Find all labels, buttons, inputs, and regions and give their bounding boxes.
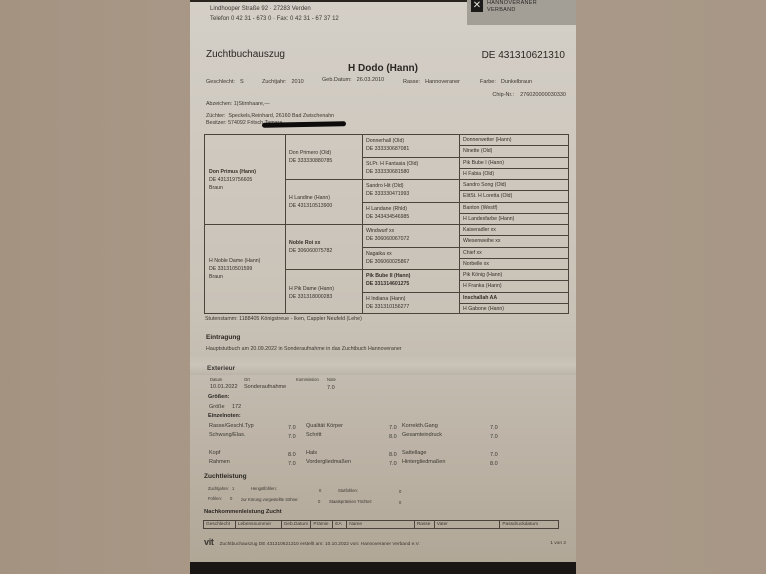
sire-color: Braun [209,185,223,191]
great-grandparent-name: Donnerhall (Old) [366,138,404,144]
gen4-name: Chief xx [463,250,482,256]
note-value: 7.0 [490,425,498,431]
note-value: 8.0 [490,461,498,467]
label: Chip-Nr.: [492,92,514,98]
redaction-bar [262,121,346,127]
gen4-name: Inschallah AA [463,295,497,301]
meta-markings: Abzeichen: 1)Stirnhaare,— [206,101,270,107]
gen4-name: Norbelle xx [463,261,489,267]
gen4-cell: Wiesenweihe xx [459,236,568,247]
stutfohlen-value: 0 [399,489,401,494]
label: Geschlecht: [206,79,235,85]
grandparent-cell: Don Primero (Old)DE 333330880785 [285,135,362,180]
document-title: Zuchtbuchauszug [206,49,285,60]
gen4-cell: Inschallah AA [459,293,568,304]
great-grandparent-id: DE 331310156277 [366,304,409,310]
gen4-cell: H Gabone (Hann) [459,304,568,315]
gen4-name: H Landesfarbe (Hann) [463,216,514,222]
note-value: 7.0 [490,452,498,458]
meta-year: Zuchtjahr:2010 [262,79,304,85]
great-grandparent-id: DE 343434546985 [366,214,409,220]
note-value: 7.0 [490,434,498,440]
meta-color: Farbe:Dunkelbraun [480,79,532,85]
column-header: Geschlecht [204,521,236,528]
note-label: Qualität Körper [306,423,343,429]
pedigree-certificate: Lindhooper Straße 92 · 27283 Verden Tele… [190,0,576,562]
column-header: Passdruckdatum [500,521,558,528]
gen4-name: Wiesenweihe xx [463,238,500,244]
fohlen-value: 0 [230,496,232,501]
note-label: Schwung/Elas. [209,432,245,438]
dam-color: Braun [209,274,223,280]
grandparent-cell: H Landine (Hann)DE 431310513900 [285,180,362,225]
column-header: Name [347,521,415,528]
meta-breeder: Züchter: Speckels,Reinhard, 26160 Bad Zw… [206,113,334,119]
grandparent-id: DE 306060075782 [289,248,332,254]
gen4-cell: Sandro Song (Old) [459,180,568,191]
staatspraemien-label: Staatsprämien Töchter: [329,499,372,504]
sire-name: Don Primus (Hann) [209,169,256,175]
gen4-cell: H Franka (Hann) [459,281,568,292]
einzelnoten-heading: Einzelnoten: [208,413,241,419]
hengstfohlen-value: 0 [319,488,321,493]
exterieur-datum: 10.01.2022 [210,384,238,390]
grandparent-id: DE 331318000283 [289,294,332,300]
value: Speckels,Reinhard, 26160 Bad Zwischenahn [228,113,334,119]
staatspraemien-value: 0 [399,500,401,505]
gen4-name: Pik Bube I (Hann) [463,160,504,166]
note-value: 7.0 [389,461,397,467]
grandparent-name: Noble Roi xx [289,240,320,246]
great-grandparent-name: Pik Bube II (Hann) [366,273,410,279]
column-header: Lebensnummer [236,521,282,528]
zuchtleistung-heading: Zuchtleistung [204,473,247,480]
exterieur-note: 7.0 [327,385,335,391]
gen4-cell: ElitSt. H Loretta (Old) [459,191,568,202]
nachkommen-heading: Nachkommenleistung Zucht [204,509,282,515]
vit-logo: vit [204,537,214,547]
logo-line1: HANNOVERANER [487,0,537,7]
great-grandparent-cell: Donnerhall (Old)DE 333330687081 [362,135,459,158]
col-kommission: Kommission [296,377,319,382]
value: Hannoveraner [425,79,460,85]
column-header: EA [333,521,347,528]
gen4-name: Ninette (Old) [463,148,492,154]
note-label: Sattellage [402,450,426,456]
great-grandparent-name: Sandro Hit (Old) [366,183,403,189]
great-grandparent-cell: Pik Bube II (Hann)DE 331314601275 [362,270,459,293]
zuchtjahre-label: Zuchtjahre: [208,486,229,491]
note-label: Vordergliedmaßen [306,459,351,465]
gen4-name: ElitSt. H Loretta (Old) [463,193,512,199]
sire-cell: Don Primus (Hann)DE 431319756605Braun [205,135,285,225]
note-value: 7.0 [389,425,397,431]
great-grandparent-id: DE 333330471993 [366,191,409,197]
note-value: 7.0 [288,461,296,467]
value: 26.03.2010 [357,77,385,83]
note-label: Rasse/Geschl.Typ [209,423,254,429]
pedigree-grandparents: Don Primero (Old)DE 333330880785H Landin… [285,135,363,313]
label: Abzeichen: [206,101,232,107]
great-grandparent-cell: H Landane (Rhld)DE 343434546985 [362,203,459,226]
gen4-name: Banton (Westf) [463,205,498,211]
gen4-cell: Chief xx [459,248,568,259]
groesse-label: Größe [209,404,225,410]
footer: vitZuchtbuchauszug DE 431310621310 erste… [204,537,420,547]
letterhead-address: Lindhooper Straße 92 · 27283 Verden [210,6,311,12]
pedigree-parents: Don Primus (Hann)DE 431319756605Braun H … [205,135,286,313]
gen4-cell: Donnerwetter (Hann) [459,135,568,146]
gen4-name: H Fabia (Old) [463,171,494,177]
great-grandparent-name: H Indiana (Hann) [366,296,406,302]
column-header: Rasse [415,521,435,528]
grandparent-name: H Pik Dame (Hann) [289,286,334,292]
meta-birthdate: Geb.Datum:26.03.2010 [322,77,384,83]
logo-line2: VERBAND [487,7,537,14]
column-header: Prämie [311,521,333,528]
sire-id: DE 431319756605 [209,177,252,183]
gen4-cell: Ninette (Old) [459,146,568,157]
gen4-cell: H Fabia (Old) [459,169,568,180]
note-label: Kopf [209,450,220,456]
gen4-cell: Banton (Westf) [459,203,568,214]
hengstfohlen-label: Hengstfohlen: [251,486,277,491]
zuchtjahre-value: 1 [232,486,234,491]
label: Rasse: [403,79,420,85]
koerung-label: zur Körung vorgestellte Söhne: [241,497,299,502]
pedigree-great-grandparents: Donnerhall (Old)DE 333330687081St.Pr. H … [362,135,460,313]
gen4-name: Donnerwetter (Hann) [463,137,511,143]
great-grandparent-id: DE 306060067072 [366,236,409,242]
stutenstamm: Stutenstamm: 1188405 Königstreue - Iken,… [205,316,362,322]
gen4-cell: Norbelle xx [459,259,568,270]
pedigree-gen4: Donnerwetter (Hann)Ninette (Old)Pik Bube… [459,135,568,313]
value: 1)Stirnhaare,— [234,101,270,107]
eintragung-heading: Eintragung [206,334,240,341]
gen4-cell: Kaiseradler xx [459,225,568,236]
value: Dunkelbraun [501,79,532,85]
grandparent-cell: Noble Roi xxDE 306060075782 [285,225,362,270]
great-grandparent-name: H Landane (Rhld) [366,206,407,212]
label: Besitzer: [206,120,227,126]
col-ort: Ort [244,377,250,382]
gen4-cell: Pik Bube I (Hann) [459,158,568,169]
great-grandparent-name: St.Pr. H Fantasia (Old) [366,161,418,167]
great-grandparent-cell: St.Pr. H Fantasia (Old)DE 333330681580 [362,158,459,181]
horse-name: H Dodo (Hann) [190,63,576,74]
gen4-cell: Pik König (Hann) [459,270,568,281]
koerung-value: 0 [318,499,320,504]
value: 2010 [291,79,303,85]
meta-sex: Geschlecht:S [206,79,244,85]
note-value: 8.0 [389,452,397,458]
groessen-heading: Größen: [208,394,229,400]
label: Geb.Datum: [322,77,352,83]
eintragung-text: Hauptstutbuch am 20.09.2022 in Sonderauf… [206,346,402,352]
label: Farbe: [480,79,496,85]
groesse-value: 172 [232,404,241,410]
grandparent-id: DE 431310513900 [289,203,332,209]
great-grandparent-id: DE 333330681580 [366,169,409,175]
document-id: DE 431310621310 [482,50,565,61]
grandparent-name: Don Primero (Old) [289,150,331,156]
gen4-name: H Gabone (Hann) [463,306,504,312]
document-photo: Lindhooper Straße 92 · 27283 Verden Tele… [190,0,576,574]
note-label: Hintergliedmaßen [402,459,445,465]
column-header: Vater [435,521,501,528]
note-value: 8.0 [389,434,397,440]
col-datum: Datum [210,377,222,382]
great-grandparent-cell: Nagaika xxDE 306060025867 [362,248,459,271]
page-number: 1 von 2 [550,541,566,546]
note-value: 8.0 [288,452,296,458]
note-label: Gesamteindruck [402,432,442,438]
great-grandparent-cell: H Indiana (Hann)DE 331310156277 [362,293,459,316]
dam-cell: H Noble Dame (Hann)DE 331310501599Braun [205,225,285,313]
letterhead-phone: Telefon 0 42 31 - 673 0 · Fax: 0 42 31 -… [210,16,339,22]
nachkommen-table-header: GeschlechtLebensnummerGeb.DatumPrämieEAN… [203,520,559,529]
meta-breed: Rasse:Hannoveraner [403,79,460,85]
exterieur-heading: Exterieur [207,365,235,372]
fohlen-label: Fohlen: [208,496,222,501]
gen4-name: H Franka (Hann) [463,283,502,289]
gen4-name: Pik König (Hann) [463,272,502,278]
label: Zuchtjahr: [262,79,286,85]
note-label: Korrekth.Gang [402,423,438,429]
meta-chip: Chip-Nr.:276020000030330 [492,92,566,98]
great-grandparent-id: DE 331314601275 [366,281,409,287]
note-value: 7.0 [288,434,296,440]
stutfohlen-label: Stutfohlen: [338,488,358,493]
hannoveraner-logo-icon: ✕ [471,0,483,12]
value: S [240,79,244,85]
dam-id: DE 331310501599 [209,266,252,272]
grandparent-name: H Landine (Hann) [289,195,330,201]
great-grandparent-name: Windwurf xx [366,228,394,234]
label: Züchter: [206,113,225,119]
exterieur-ort: Sonderaufnahme [244,384,286,390]
grandparent-id: DE 333330880785 [289,158,332,164]
note-label: Schritt [306,432,322,438]
footer-text: Zuchtbuchauszug DE 431310621310 erstellt… [220,542,420,547]
dam-name: H Noble Dame (Hann) [209,258,260,264]
great-grandparent-name: Nagaika xx [366,251,392,257]
pedigree-table: Don Primus (Hann)DE 431319756605Braun H … [204,134,569,314]
col-note: Note [327,377,336,382]
logo-text: HANNOVERANER VERBAND [487,0,537,14]
note-value: 7.0 [288,425,296,431]
great-grandparent-id: DE 333330687081 [366,146,409,152]
note-label: Rahmen [209,459,230,465]
gen4-name: Kaiseradler xx [463,227,496,233]
verband-logo: ✕ HANNOVERANER VERBAND [467,0,576,25]
gen4-name: Sandro Song (Old) [463,182,506,188]
grandparent-cell: H Pik Dame (Hann)DE 331318000283 [285,270,362,315]
value: 276020000030330 [520,92,566,98]
great-grandparent-cell: Sandro Hit (Old)DE 333330471993 [362,180,459,203]
gen4-cell: H Landesfarbe (Hann) [459,214,568,225]
note-label: Hals [306,450,317,456]
great-grandparent-id: DE 306060025867 [366,259,409,265]
great-grandparent-cell: Windwurf xxDE 306060067072 [362,225,459,248]
column-header: Geb.Datum [282,521,312,528]
